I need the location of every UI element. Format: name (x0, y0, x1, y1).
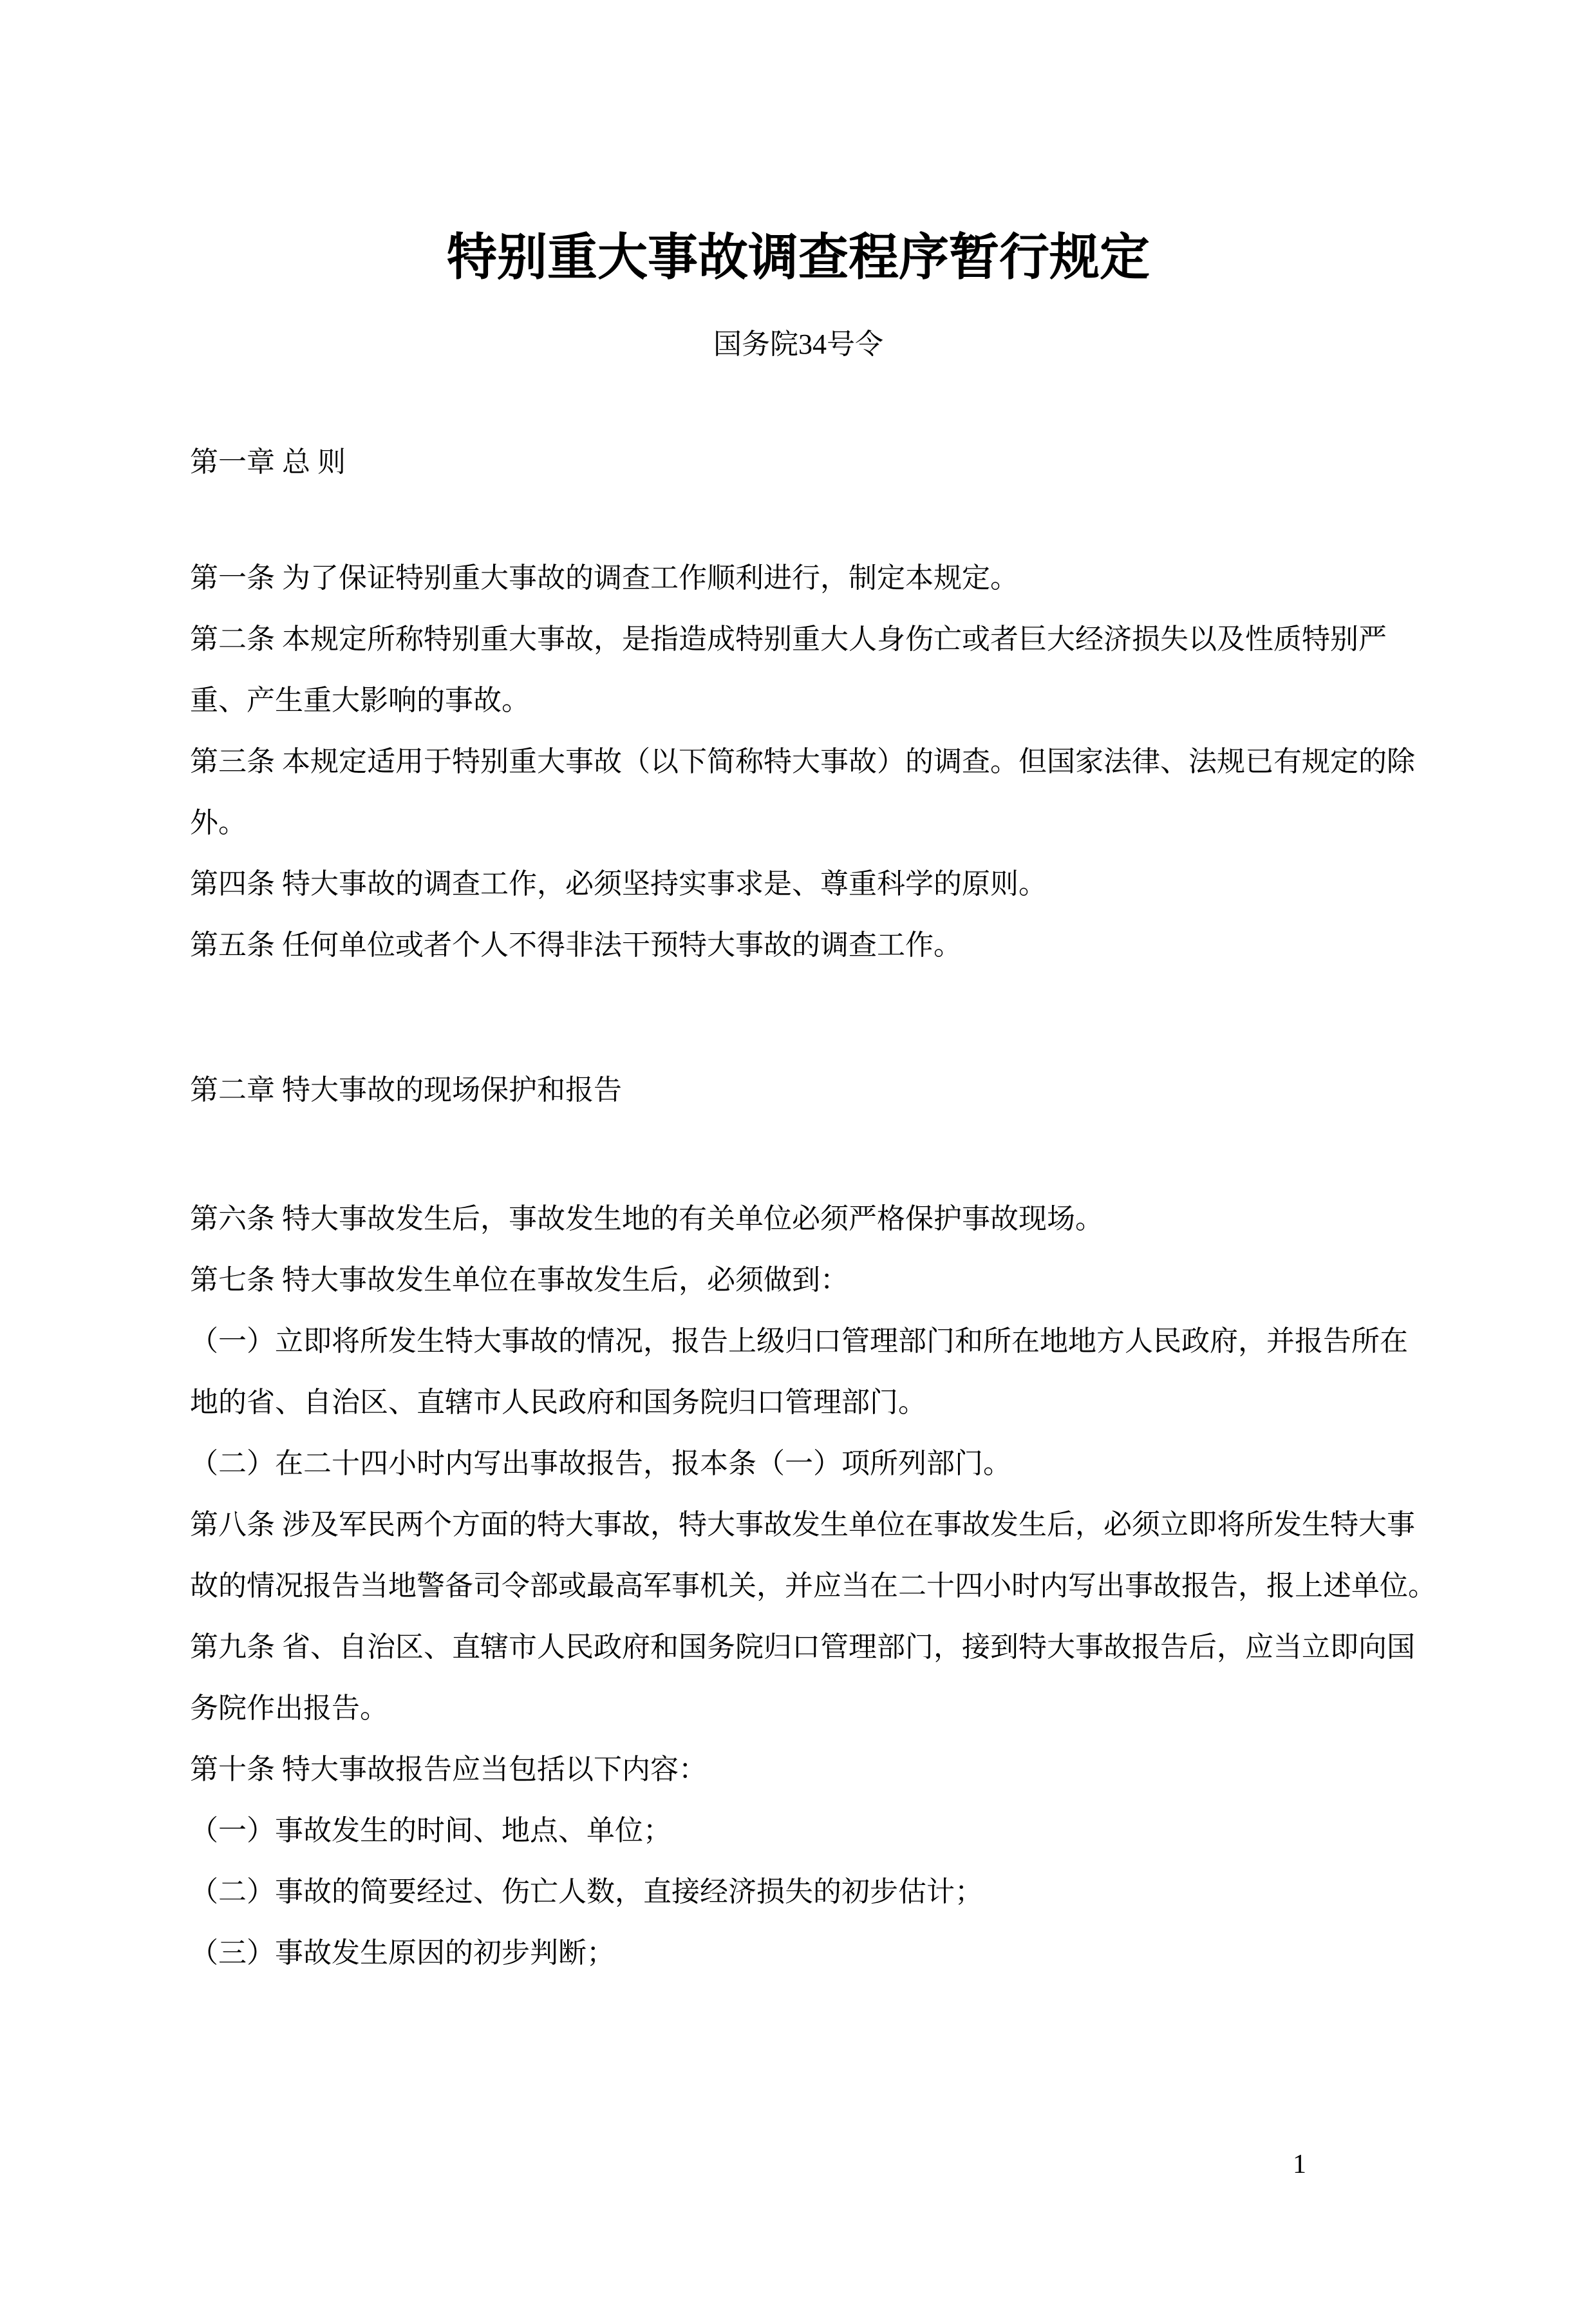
document-title: 特别重大事故调查程序暂行规定 (190, 219, 1407, 296)
text-line-article-3: 第三条 本规定适用于特别重大事故（以下简称特大事故）的调查。但国家法律、法规已有… (190, 731, 1407, 792)
text-line-article-10-item-3: （三）事故发生原因的初步判断； (190, 1922, 1407, 1983)
text-line-article-10-item-2: （二）事故的简要经过、伤亡人数，直接经济损失的初步估计； (190, 1861, 1407, 1922)
page-number: 1 (1293, 2151, 1306, 2178)
text-line-article-7-item-1: （一）立即将所发生特大事故的情况，报告上级归口管理部门和所在地地方人民政府，并报… (190, 1311, 1407, 1372)
text-line-article-7: 第七条 特大事故发生单位在事故发生后，必须做到： (190, 1249, 1407, 1311)
spacer (190, 976, 1407, 1059)
spacer (190, 493, 1407, 547)
text-line-article-9: 第九条 省、自治区、直辖市人民政府和国务院归口管理部门，接到特大事故报告后，应当… (190, 1616, 1407, 1678)
chapter-1-heading: 第一章 总 则 (190, 431, 1407, 493)
text-line-article-7-item-1-cont: 地的省、自治区、直辖市人民政府和国务院归口管理部门。 (190, 1372, 1407, 1433)
chapter-2-heading: 第二章 特大事故的现场保护和报告 (190, 1059, 1407, 1121)
text-line-article-3-cont: 外。 (190, 792, 1407, 853)
document-content: 特别重大事故调查程序暂行规定 国务院34号令 第一章 总 则 第一条 为了保证特… (0, 0, 1596, 1983)
spacer (190, 374, 1407, 431)
text-line-article-8: 第八条 涉及军民两个方面的特大事故，特大事故发生单位在事故发生后，必须立即将所发… (190, 1494, 1407, 1555)
document-page: 特别重大事故调查程序暂行规定 国务院34号令 第一章 总 则 第一条 为了保证特… (0, 0, 1596, 2310)
text-line-article-5: 第五条 任何单位或者个人不得非法干预特大事故的调查工作。 (190, 914, 1407, 976)
text-line-article-10: 第十条 特大事故报告应当包括以下内容： (190, 1739, 1407, 1800)
text-line-article-8-cont: 故的情况报告当地警备司令部或最高军事机关，并应当在二十四小时内写出事故报告，报上… (190, 1555, 1407, 1616)
chapter-2-body: 第六条 特大事故发生后，事故发生地的有关单位必须严格保护事故现场。 第七条 特大… (190, 1188, 1407, 1983)
text-line-article-10-item-1: （一）事故发生的时间、地点、单位； (190, 1800, 1407, 1861)
text-line-article-2-cont: 重、产生重大影响的事故。 (190, 670, 1407, 731)
text-line-article-1: 第一条 为了保证特别重大事故的调查工作顺利进行，制定本规定。 (190, 547, 1407, 609)
text-line-article-6: 第六条 特大事故发生后，事故发生地的有关单位必须严格保护事故现场。 (190, 1188, 1407, 1249)
text-line-article-9-cont: 务院作出报告。 (190, 1678, 1407, 1739)
text-line-article-4: 第四条 特大事故的调查工作，必须坚持实事求是、尊重科学的原则。 (190, 853, 1407, 914)
spacer (190, 1121, 1407, 1188)
chapter-1-body: 第一条 为了保证特别重大事故的调查工作顺利进行，制定本规定。 第二条 本规定所称… (190, 547, 1407, 976)
text-line-article-7-item-2: （二）在二十四小时内写出事故报告，报本条（一）项所列部门。 (190, 1433, 1407, 1494)
text-line-article-2: 第二条 本规定所称特别重大事故，是指造成特别重大人身伤亡或者巨大经济损失以及性质… (190, 609, 1407, 670)
document-subtitle: 国务院34号令 (190, 316, 1407, 374)
